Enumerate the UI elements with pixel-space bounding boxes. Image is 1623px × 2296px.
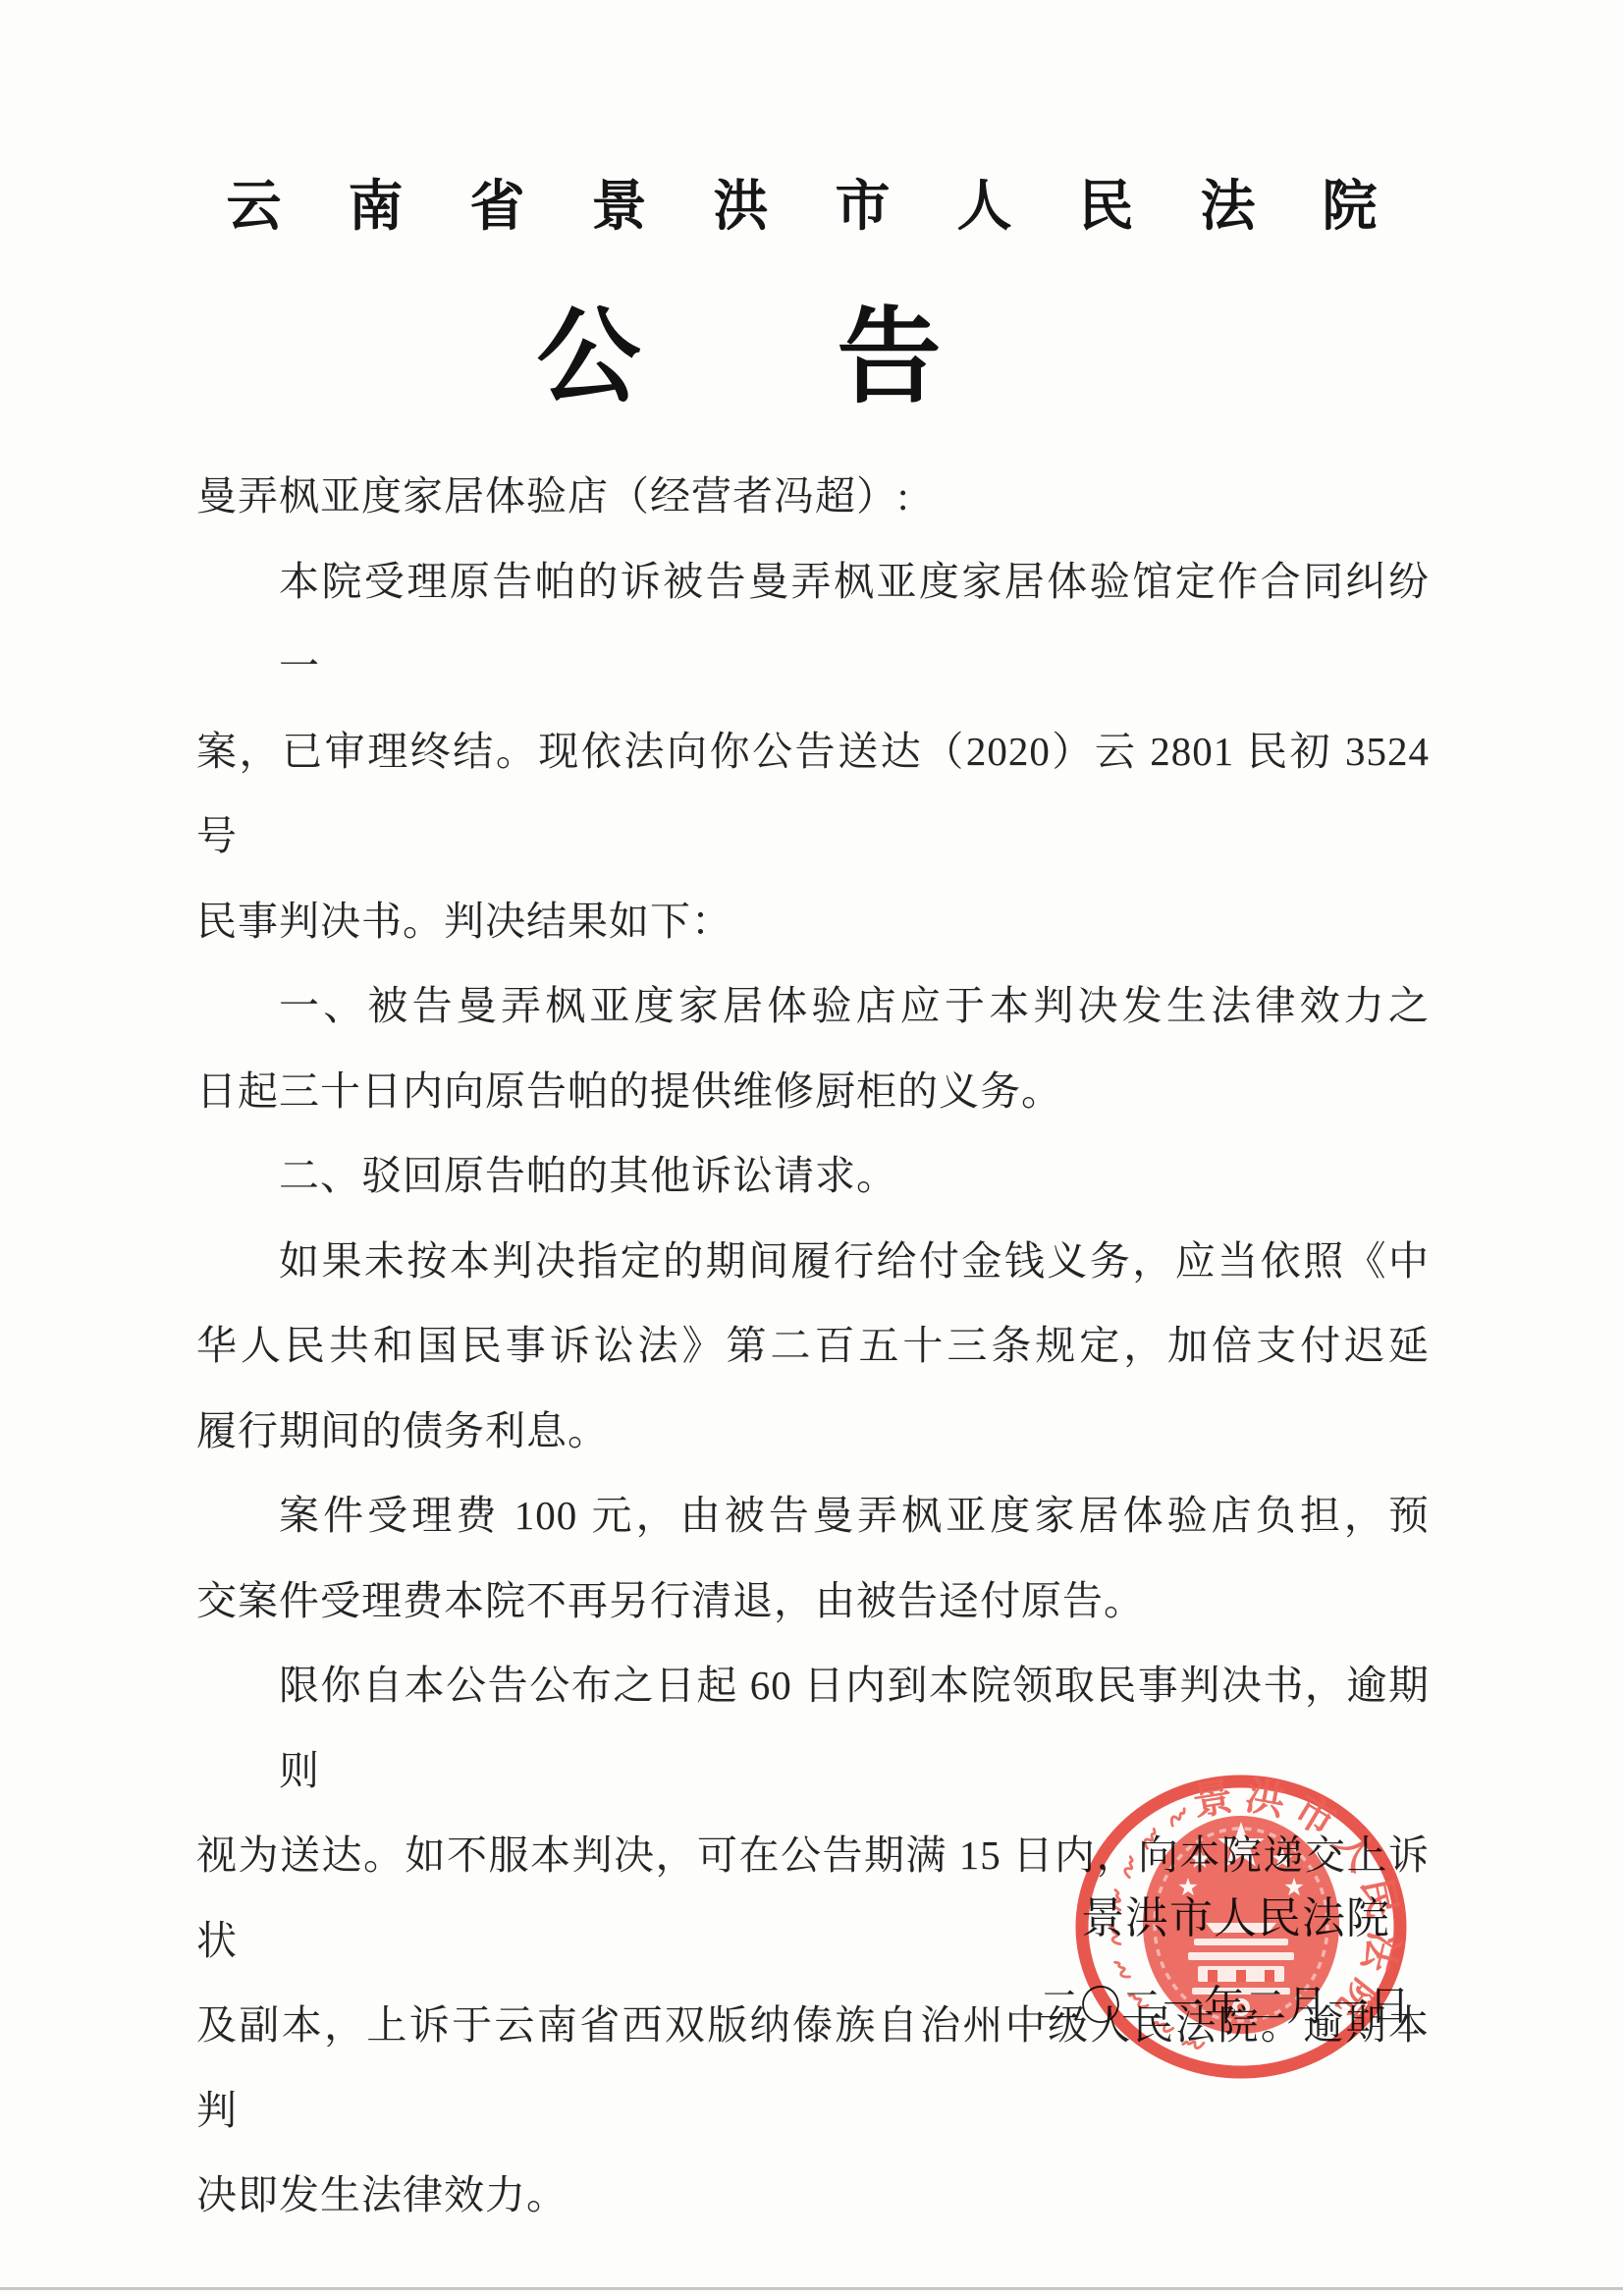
scan-artifact-line [0, 2287, 1623, 2290]
notice-title: 公告 [26, 295, 1623, 422]
body-line: 案，已审理终结。现依法向你公告送达（2020）云 2801 民初 3524 号 [196, 709, 1430, 879]
seal-national-emblem [1143, 1816, 1339, 2034]
body-line: 本院受理原告帕的诉被告曼弄枫亚度家居体验馆定作合同纠纷一 [196, 539, 1430, 709]
body-line: 履行期间的债务利息。 [196, 1389, 1430, 1474]
body-line: 一、被告曼弄枫亚度家居体验店应于本判决发生法律效力之 [196, 963, 1430, 1049]
body-line: 曼弄枫亚度家居体验店（经营者冯超）: [196, 454, 1430, 539]
body-line: 如果未按本判决指定的期间履行给付金钱义务，应当依照《中 [196, 1219, 1430, 1304]
body-line: 日起三十日内向原告帕的提供维修厨柜的义务。 [196, 1049, 1430, 1134]
body-line: 民事判决书。判决结果如下： [196, 879, 1430, 964]
body-line: 交案件受理费本院不再另行清退，由被告迳付原告。 [196, 1558, 1430, 1644]
body-line: 案件受理费 100 元，由被告曼弄枫亚度家居体验店负担，预 [196, 1473, 1430, 1558]
body-line: 决即发生法律效力。 [196, 2153, 1430, 2238]
court-title: 云南省景洪市人民法院 [24, 173, 1623, 242]
body-line: 华人民共和国民事诉讼法》第二百五十三条规定，加倍支付迟延 [196, 1303, 1430, 1389]
body-line: 二、驳回原告帕的其他诉讼请求。 [196, 1133, 1430, 1219]
document-page: 云南省景洪市人民法院 公告 曼弄枫亚度家居体验店（经营者冯超）: 本院受理原告帕… [0, 0, 1623, 2296]
court-seal-icon: 景洪市人民法院 [1068, 1768, 1414, 2090]
